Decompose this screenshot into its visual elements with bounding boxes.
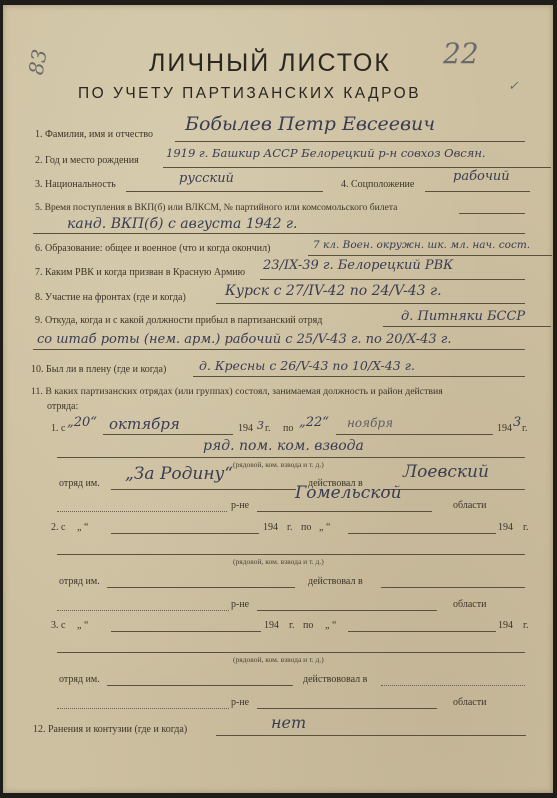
entry-3-district-line2: [57, 708, 229, 709]
entry-1-from-year-suffix[interactable]: 3: [257, 419, 264, 432]
page-title: ЛИЧНЫЙ ЛИСТОК: [149, 49, 391, 78]
entry-1-district-suffix: р-не: [231, 500, 249, 511]
field-4-label: 4. Соцположение: [341, 179, 414, 190]
page-subtitle: ПО УЧЕТУ ПАРТИЗАНСКИХ КАДРОВ: [78, 85, 421, 103]
entry-3-detachment-label: отряд им.: [59, 674, 100, 685]
field-9-value-line2[interactable]: со штаб роты (нем. арм.) рабочий с 25/V-…: [37, 332, 452, 347]
entry-2-to-year-prefix: 194: [498, 522, 513, 533]
field-8-value[interactable]: Курск с 27/IV-42 по 24/V-43 г.: [225, 283, 442, 299]
entry-3-from-day[interactable]: „ “: [77, 620, 88, 631]
field-11-label-line1: 11. В каких партизанских отрядах (или гр…: [31, 386, 443, 397]
entry-3-detachment-line: [107, 685, 293, 686]
entry-1-from-day[interactable]: „20“: [67, 415, 97, 430]
field-5-value[interactable]: канд. ВКП(б) с августа 1942 г.: [67, 216, 297, 232]
entry-1-from-line: [103, 434, 233, 435]
field-2-line: [163, 167, 551, 168]
entry-3-district-line: [381, 685, 525, 686]
entry-2-detachment-line: [107, 587, 295, 588]
field-9-line-a: [383, 326, 551, 327]
field-3-value[interactable]: русский: [179, 171, 234, 186]
field-2-value[interactable]: 1919 г. Башкир АССР Белорецкий р-н совхо…: [166, 146, 486, 160]
entry-3-from-year-prefix: 194: [264, 620, 279, 631]
field-5-line-b: [33, 233, 525, 234]
entry-3-region-line: [257, 708, 437, 709]
field-6-line: [308, 255, 552, 256]
entry-2-region-suffix: области: [453, 599, 486, 610]
entry-3-to-year-prefix: 194: [498, 620, 513, 631]
field-4-line: [425, 191, 530, 192]
field-8-line: [216, 303, 525, 304]
entry-1-position-hint: (рядовой, ком. взвода и т. д.): [233, 460, 324, 469]
entry-2-from-day[interactable]: „ “: [77, 522, 88, 533]
entry-3-to-word: по: [303, 620, 313, 631]
entry-1-to-day[interactable]: „22“: [299, 415, 329, 430]
field-7-line: [260, 279, 525, 280]
entry-1-position-line: [57, 457, 525, 458]
field-2-label: 2. Год и место рождения: [35, 155, 139, 166]
entry-1-detachment-label: отряд им.: [59, 478, 100, 489]
field-9-value-line1[interactable]: д. Питняки БССР: [401, 309, 525, 324]
entry-2-district-line2: [57, 610, 229, 611]
entry-3-district-suffix: р-не: [231, 697, 249, 708]
entry-2-from-line: [111, 533, 259, 534]
field-11-label-line2: отряда:: [47, 401, 78, 412]
entry-1-district[interactable]: Лоевский: [403, 462, 489, 482]
field-9-label: 9. Откуда, когда и с какой должности при…: [35, 315, 322, 326]
entry-2-number: 2. с: [51, 522, 65, 533]
entry-1-region-suffix: области: [453, 500, 486, 511]
entry-2-district-suffix: р-не: [231, 599, 249, 610]
field-5-line-a: [459, 213, 525, 214]
entry-1-district-line2: [57, 511, 227, 512]
entry-3-from-line: [111, 631, 261, 632]
field-6-value[interactable]: 7 кл. Воен. окружн. шк. мл. нач. сост.: [313, 239, 530, 251]
entry-2-to-year-unit: г.: [523, 522, 528, 533]
field-3-label: 3. Национальность: [35, 179, 116, 190]
entry-2-acted-label: действовал в: [308, 576, 363, 587]
entry-3-to-day[interactable]: „ “: [325, 620, 336, 631]
entry-2-to-line: [348, 533, 496, 534]
field-1-line: [175, 141, 525, 142]
field-6-label: 6. Образование: общее и военное (что и к…: [35, 243, 270, 254]
entry-2-position-hint: (рядовой, ком. взвода и т. д.): [233, 557, 324, 566]
entry-1-detachment-line: [111, 489, 296, 490]
entry-2-district-line: [381, 587, 525, 588]
entry-2-region-line: [257, 610, 437, 611]
field-8-label: 8. Участие на фронтах (где и когда): [35, 292, 186, 303]
entry-2-detachment-label: отряд им.: [59, 576, 100, 587]
entry-3-acted-label: действововал в: [303, 674, 367, 685]
entry-1-region[interactable]: Гомельской: [295, 483, 402, 503]
entry-3-to-line: [348, 631, 496, 632]
field-7-label: 7. Каким РВК и когда призван в Красную А…: [35, 267, 245, 278]
entry-1-detachment[interactable]: „За Родину“: [125, 464, 233, 484]
entry-1-from-year-prefix: 194: [238, 423, 253, 434]
entry-3-position-hint: (рядовой, ком. взвода и т. д.): [233, 655, 324, 664]
sheet-number: 22: [443, 37, 479, 70]
entry-2-from-year-prefix: 194: [263, 522, 278, 533]
entry-1-to-line: [336, 434, 493, 435]
field-1-value[interactable]: Бобылев Петр Евсеевич: [185, 113, 435, 135]
field-4-value[interactable]: рабочий: [453, 169, 510, 184]
entry-3-region-suffix: области: [453, 697, 486, 708]
entry-1-region-line: [257, 511, 432, 512]
entry-1-from-month[interactable]: октября: [109, 415, 180, 433]
entry-3-number: 3. с: [51, 620, 65, 631]
entry-1-position[interactable]: ряд. пом. ком. взвода: [203, 438, 364, 454]
field-12-value[interactable]: нет: [271, 713, 306, 732]
field-10-label: 10. Был ли в плену (где и когда): [31, 364, 166, 375]
entry-1-to-month[interactable]: ноября: [347, 416, 393, 430]
entry-2-to-word: по: [301, 522, 311, 533]
entry-2-position-line: [57, 554, 525, 555]
field-1-label: 1. Фамилия, имя и отчество: [35, 129, 153, 140]
form-sheet: 83 ЛИЧНЫЙ ЛИСТОК 22 ПО УЧЕТУ ПАРТИЗАНСКИ…: [3, 5, 553, 793]
entry-1-year-unit: г.: [265, 423, 270, 434]
field-10-value[interactable]: д. Кресны с 26/V-43 по 10/X-43 г.: [199, 358, 415, 373]
field-3-line: [126, 191, 323, 192]
entry-1-to-year-unit: г.: [522, 423, 527, 434]
field-10-line: [193, 376, 525, 377]
margin-number: 83: [24, 47, 52, 76]
entry-2-year-unit: г.: [287, 522, 292, 533]
entry-1-district-line: [383, 489, 525, 490]
entry-1-number: 1. с: [51, 423, 65, 434]
entry-3-position-line: [57, 652, 525, 653]
entry-2-to-day[interactable]: „ “: [319, 522, 330, 533]
entry-3-year-unit: г.: [289, 620, 294, 631]
field-5-label: 5. Время поступления в ВКП(б) или ВЛКСМ,…: [35, 202, 397, 213]
entry-1-to-year-suffix[interactable]: 3: [513, 415, 521, 430]
entry-1-to-word: по: [283, 423, 293, 434]
field-12-line: [216, 735, 526, 736]
entry-3-to-year-unit: г.: [523, 620, 528, 631]
field-7-value[interactable]: 23/IX-39 г. Белорецкий РВК: [263, 258, 453, 273]
entry-1-to-year-prefix: 194: [497, 423, 512, 434]
field-12-label: 12. Ранения и контузии (где и когда): [33, 724, 187, 735]
check-mark-icon: ✓: [508, 79, 519, 94]
field-9-line-b: [33, 349, 525, 350]
